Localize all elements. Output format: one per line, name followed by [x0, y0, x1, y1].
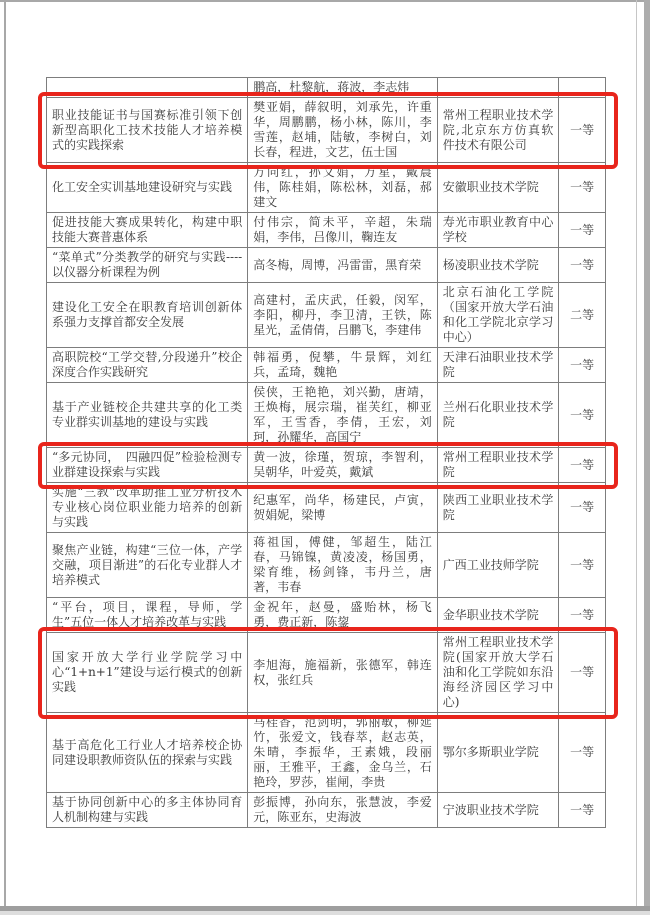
table-row: 鹏高，杜黎航，蒋波，李志炜 — [47, 78, 606, 98]
cell-achievement-title: 化工安全实训基地建设研究与实践 — [47, 163, 248, 213]
table-row: 聚焦产业链，构建“三位一体，产学交融，项目渐进”的石化专业群人才培养模式蒋祖国，… — [47, 533, 606, 598]
table-row: “菜单式”分类教学的研究与实践----以仪器分析课程为例高冬梅，周博，冯雷雷，黑… — [47, 248, 606, 283]
cell-award-level: 一等 — [559, 793, 606, 828]
cell-achievement-title: “平台，项目，课程，导师，学生”五位一体人才培养改革与实践 — [47, 598, 248, 633]
cell-achievement-title: 基于高危化工行业人才培养校企协同建设职教师资队伍的探索与实践 — [47, 713, 248, 793]
cell-participants: 黄一波，徐瑾，贺琼，李智利，吴朝华，叶爱英，戴斌 — [248, 448, 438, 483]
cell-award-level: 一等 — [559, 533, 606, 598]
cell-achievement-title: “多元协同， 四融四促”检验检测专业群建设探索与实践 — [47, 448, 248, 483]
page-inner-right-edge — [636, 0, 637, 906]
cell-organization: 陕西工业职业技术学院 — [437, 483, 559, 533]
cell-organization: 鄂尔多斯职业学院 — [437, 713, 559, 793]
cell-organization: 宁波职业技术学院 — [437, 793, 559, 828]
cell-award-level: 一等 — [559, 248, 606, 283]
cell-organization: 天津石油职业技术学院 — [437, 348, 559, 383]
cell-participants: 高建村，孟庆武，任毅，闵军，李阳，柳丹，李卫清，王铁，陈星光，孟倩倩，吕鹏飞，李… — [248, 283, 438, 348]
cell-award-level: 一等 — [559, 713, 606, 793]
cell-organization: 安徽职业技术学院 — [437, 163, 559, 213]
cell-award-level: 一等 — [559, 98, 606, 163]
cell-achievement-title: 建设化工安全在职教育培训创新体系强力支撑首都安全发展 — [47, 283, 248, 348]
cell-achievement-title: 国家开放大学行业学院学习中心“1+n+1”建设与运行模式的创新实践 — [47, 633, 248, 713]
cell-organization: 常州工程职业技术学院(国家开放大学石油和化工学院如东沿海经济园区学习中心) — [437, 633, 559, 713]
cell-organization: 杨凌职业技术学院 — [437, 248, 559, 283]
table-row: 国家开放大学行业学院学习中心“1+n+1”建设与运行模式的创新实践李旭海，施福新… — [47, 633, 606, 713]
cell-achievement-title: 聚焦产业链，构建“三位一体，产学交融，项目渐进”的石化专业群人才培养模式 — [47, 533, 248, 598]
table-row: 基于协同创新中心的多主体协同育人机制构建与实践彭振博，孙向东，张慧波，李爱元，陈… — [47, 793, 606, 828]
cell-award-level: 一等 — [559, 383, 606, 448]
cell-participants: 付伟宗，简未平，辛超，朱瑞娟，李伟，吕像川，鞠连友 — [248, 213, 438, 248]
table-row: 职业技能证书与国赛标准引领下创新型高职化工技术技能人才培养模式的实践探索樊亚娟，… — [47, 98, 606, 163]
page-right-margin — [644, 0, 650, 915]
cell-organization: 兰州石化职业技术学院 — [437, 383, 559, 448]
cell-organization: 北京石油化工学院（国家开放大学石油和化工学院北京学习中心） — [437, 283, 559, 348]
cell-participants: 金祝年，赵曼，盛贻林，杨飞勇，费正新，陈鋆 — [248, 598, 438, 633]
cell-award-level: 一等 — [559, 483, 606, 533]
cell-award-level: 一等 — [559, 213, 606, 248]
cell-organization: 常州工程职业技术学院,北京东方仿真软件技术有限公司 — [437, 98, 559, 163]
cell-participants: 樊亚娟，薛叙明，刘承先，许重华，周鹏鹏，杨小林，陈川，李雪莲，赵埔，陆敏，李树白… — [248, 98, 438, 163]
cell-achievement-title — [47, 78, 248, 98]
table-row: “多元协同， 四融四促”检验检测专业群建设探索与实践黄一波，徐瑾，贺琼，李智利，… — [47, 448, 606, 483]
cell-achievement-title: 基于产业链校企共建共享的化工类专业群实训基地的建设与实践 — [47, 383, 248, 448]
table-row: 建设化工安全在职教育培训创新体系强力支撑首都安全发展高建村，孟庆武，任毅，闵军，… — [47, 283, 606, 348]
cell-achievement-title: 职业技能证书与国赛标准引领下创新型高职化工技术技能人才培养模式的实践探索 — [47, 98, 248, 163]
cell-participants: 方向红，孙文娟，万星，戴晨伟，陈桂娟，陈松林，刘磊，郝建文 — [248, 163, 438, 213]
cell-award-level: 一等 — [559, 163, 606, 213]
cell-participants: 侯侠，王艳艳，刘兴勤，唐靖，王焕梅，展宗瑞，崔芙红，柳亚军，王雪香，李倩，王宏，… — [248, 383, 438, 448]
table-row: 基于高危化工行业人才培养校企协同建设职教师资队伍的探索与实践马桂香，范剑明，郭丽… — [47, 713, 606, 793]
cell-achievement-title: 促进技能大赛成果转化，构建中职技能大赛普惠体系 — [47, 213, 248, 248]
cell-organization — [437, 78, 559, 98]
document-page: 鹏高，杜黎航，蒋波，李志炜职业技能证书与国赛标准引领下创新型高职化工技术技能人才… — [6, 2, 636, 906]
cell-participants: 高冬梅，周博，冯雷雷，黑育荣 — [248, 248, 438, 283]
cell-award-level: 一等 — [559, 348, 606, 383]
cell-participants: 马桂香，范剑明，郭丽敏，柳延竹，张爱文，钱春萃，赵志英，朱晴，李振华，王素娥，段… — [248, 713, 438, 793]
table-row: 化工安全实训基地建设研究与实践方向红，孙文娟，万星，戴晨伟，陈桂娟，陈松林，刘磊… — [47, 163, 606, 213]
cell-organization: 金华职业技术学院 — [437, 598, 559, 633]
cell-award-level: 二等 — [559, 283, 606, 348]
awards-table: 鹏高，杜黎航，蒋波，李志炜职业技能证书与国赛标准引领下创新型高职化工技术技能人才… — [46, 77, 606, 828]
table-row: 基于产业链校企共建共享的化工类专业群实训基地的建设与实践侯侠，王艳艳，刘兴勤，唐… — [47, 383, 606, 448]
cell-participants: 韩福勇，倪攀，牛景辉，刘红兵，孟琦，魏艳 — [248, 348, 438, 383]
cell-participants: 纪惠军，尚华，杨建民，卢寅，贺娟妮，梁博 — [248, 483, 438, 533]
cell-achievement-title: 高职院校“工学交替,分段递升”校企深度合作实践研究 — [47, 348, 248, 383]
cell-award-level: 一等 — [559, 598, 606, 633]
cell-participants: 蒋祖国，傅健，邹超生，陆江春，马锦镍，黄凌凌，杨国勇，梁育维，杨剑锋，韦丹兰，唐… — [248, 533, 438, 598]
cell-award-level: 一等 — [559, 448, 606, 483]
table-row: “平台，项目，课程，导师，学生”五位一体人才培养改革与实践金祝年，赵曼，盛贻林，… — [47, 598, 606, 633]
cell-achievement-title: “菜单式”分类教学的研究与实践----以仪器分析课程为例 — [47, 248, 248, 283]
cell-achievement-title: 实施“三教”改革助推工业分析技术专业核心岗位职业能力培养的创新与实践 — [47, 483, 248, 533]
table-row: 促进技能大赛成果转化，构建中职技能大赛普惠体系付伟宗，简未平，辛超，朱瑞娟，李伟… — [47, 213, 606, 248]
page-bottom-margin — [0, 911, 650, 915]
table-row: 高职院校“工学交替,分段递升”校企深度合作实践研究韩福勇，倪攀，牛景辉，刘红兵，… — [47, 348, 606, 383]
cell-participants: 鹏高，杜黎航，蒋波，李志炜 — [248, 78, 438, 98]
cell-participants: 彭振博，孙向东，张慧波，李爱元，陈亚东，史海波 — [248, 793, 438, 828]
cell-participants: 李旭海，施福新，张德军，韩连权，张红兵 — [248, 633, 438, 713]
cell-organization: 常州工程职业技术学院 — [437, 448, 559, 483]
table-row: 实施“三教”改革助推工业分析技术专业核心岗位职业能力培养的创新与实践纪惠军，尚华… — [47, 483, 606, 533]
cell-award-level — [559, 78, 606, 98]
cell-award-level: 一等 — [559, 633, 606, 713]
cell-achievement-title: 基于协同创新中心的多主体协同育人机制构建与实践 — [47, 793, 248, 828]
cell-organization: 寿光市职业教育中心学校 — [437, 213, 559, 248]
cell-organization: 广西工业技师学院 — [437, 533, 559, 598]
